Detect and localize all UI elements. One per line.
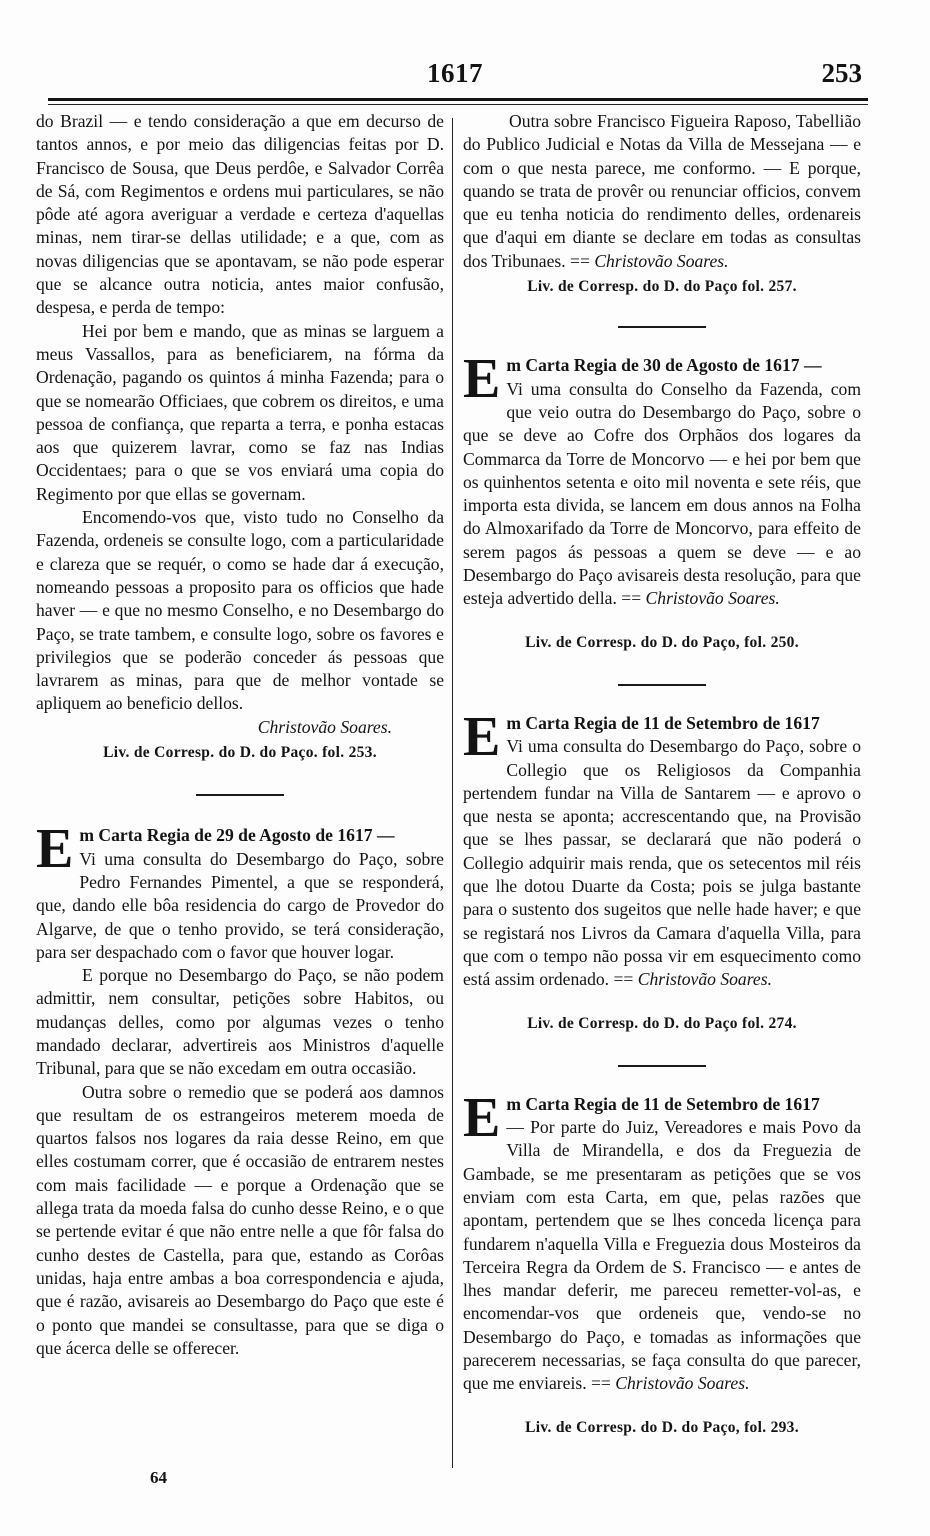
section-separator [618,1065,706,1067]
paragraph-text: Vi uma consulta do Desembargo do Paço, s… [463,736,861,989]
signature: Christovão Soares. [638,969,772,989]
entry-date-line: m Carta Regia de 30 de Agosto de 1617 — [463,354,861,377]
drop-cap: E [36,827,73,871]
paragraph: Vi uma consulta do Conselho da Fazenda, … [463,378,861,611]
source-reference: Liv. de Corresp. do D. do Paço. fol. 253… [36,741,444,764]
paragraph: — Por parte do Juiz, Vereadores e mais P… [463,1116,861,1396]
paragraph-text: Outra sobre Francisco Figueira Raposo, T… [463,111,861,271]
letter-entry: Outra sobre Francisco Figueira Raposo, T… [463,110,861,298]
signature: Christovão Soares. [36,716,444,739]
letter-entry: E m Carta Regia de 11 de Setembro de 161… [463,1093,861,1439]
signature: Christovão Soares. [646,588,780,608]
drop-cap: E [463,715,500,759]
section-separator [618,684,706,686]
source-reference: Liv. de Corresp. do D. do Paço fol. 257. [463,275,861,298]
section-separator [196,794,284,796]
paragraph: Vi uma consulta do Desembargo do Paço, s… [463,735,861,991]
source-reference: Liv. de Corresp. do D. do Paço fol. 274. [463,1012,861,1035]
letter-entry: E m Carta Regia de 30 de Agosto de 1617 … [463,354,861,654]
paragraph: Hei por bem e mando, que as minas se lar… [36,320,444,506]
entry-date-line: m Carta Regia de 11 de Setembro de 1617 [463,1093,861,1116]
entry-date-line: m Carta Regia de 11 de Setembro de 1617 [463,712,861,735]
paragraph: Encomendo-vos que, visto tudo no Conselh… [36,506,444,716]
paragraph: Outra sobre Francisco Figueira Raposo, T… [463,110,861,273]
source-reference: Liv. de Corresp. do D. do Paço, fol. 293… [463,1416,861,1439]
entry-date-line: m Carta Regia de 29 de Agosto de 1617 — [36,824,444,847]
signature: Christovão Soares. [594,251,728,271]
paragraph: do Brazil — e tendo consideração a que e… [36,110,444,320]
paragraph-text: — Por parte do Juiz, Vereadores e mais P… [463,1117,861,1393]
paragraph: E porque no Desembargo do Paço, se não p… [36,964,444,1080]
letter-entry: E m Carta Regia de 29 de Agosto de 1617 … [36,824,444,1360]
drop-cap: E [463,1096,500,1140]
paragraph: Outra sobre o remedio que se poderá aos … [36,1081,444,1361]
page-number: 253 [822,58,863,89]
letter-entry: E m Carta Regia de 11 de Setembro de 161… [463,712,861,1035]
source-reference: Liv. de Corresp. do D. do Paço, fol. 250… [463,631,861,654]
paragraph: Vi uma consulta do Desembargo do Paço, s… [36,848,444,964]
right-column: Outra sobre Francisco Figueira Raposo, T… [463,110,861,1439]
signature: Christovão Soares. [615,1373,749,1393]
left-column: do Brazil — e tendo consideração a que e… [36,110,444,1360]
document-page: 1617 253 do Brazil — e tendo consideraçã… [0,0,930,1536]
signature-mark: 64 [150,1468,167,1488]
running-head-year: 1617 [40,58,870,89]
paragraph-text: Vi uma consulta do Conselho da Fazenda, … [463,379,861,609]
header-rule [48,98,868,105]
section-separator [618,326,706,328]
drop-cap: E [463,357,500,401]
running-head: 1617 253 [40,58,870,94]
column-divider [452,118,453,1468]
